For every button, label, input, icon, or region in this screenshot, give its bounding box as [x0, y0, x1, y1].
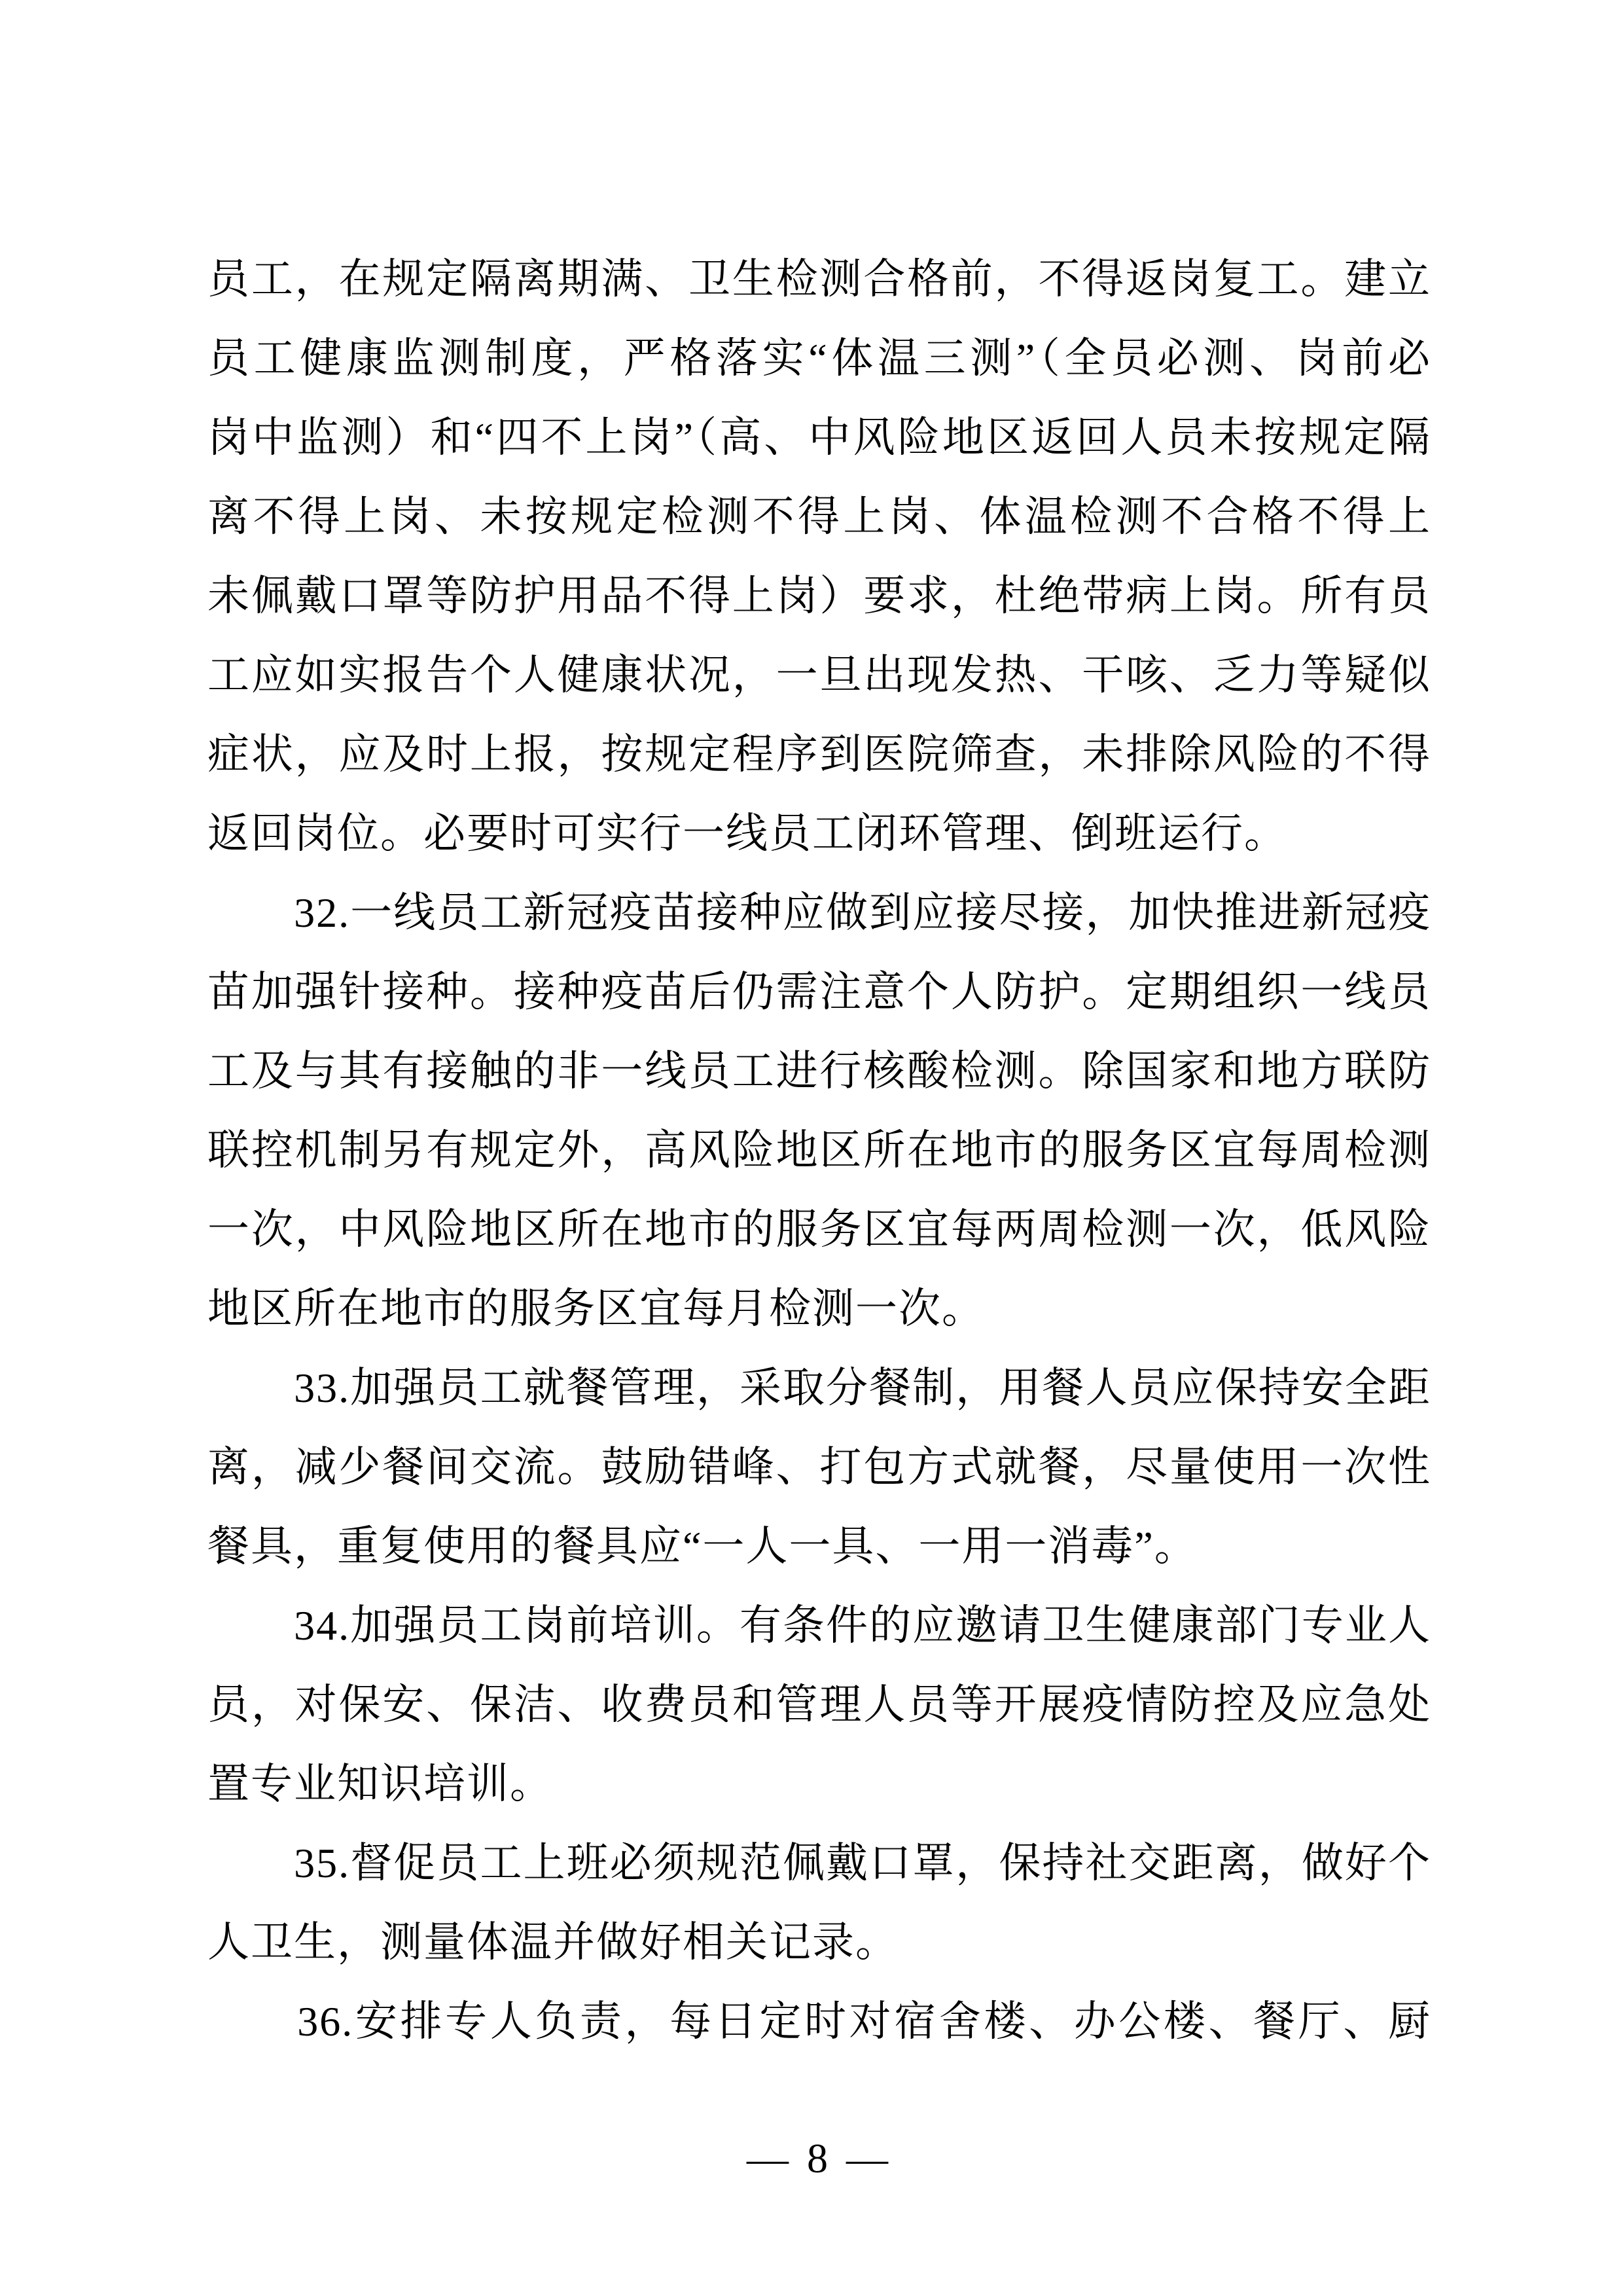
text-line: 35.督促员工上班必须规范佩戴口罩，保持社交距离，做好个	[207, 1823, 1431, 1903]
text-line: 症状，应及时上报，按规定程序到医院筛查，未排除风险的不得	[207, 715, 1431, 794]
text-line: 34.加强员工岗前培训。有条件的应邀请卫生健康部门专业人	[207, 1586, 1431, 1665]
text-line: 33.加强员工就餐管理，采取分餐制，用餐人员应保持安全距	[207, 1348, 1431, 1427]
text-line: 未佩戴口罩等防护用品不得上岗）要求，杜绝带病上岗。所有员	[207, 556, 1431, 636]
text-line: 员工，在规定隔离期满、卫生检测合格前，不得返岗复工。建立	[207, 240, 1431, 319]
text-line: 一次，中风险地区所在地市的服务区宜每两周检测一次，低风险	[207, 1190, 1431, 1269]
text-line-paragraph-end: 置专业知识培训。	[207, 1744, 1431, 1823]
text-line: 苗加强针接种。接种疫苗后仍需注意个人防护。定期组织一线员	[207, 952, 1431, 1031]
text-line: 32.一线员工新冠疫苗接种应做到应接尽接，加快推进新冠疫	[207, 873, 1431, 952]
page-number: — 8 —	[207, 2132, 1431, 2185]
text-line-paragraph-end: 餐具，重复使用的餐具应“一人一具、一用一消毒”。	[207, 1507, 1431, 1586]
text-line: 36.安排专人负责，每日定时对宿舍楼、办公楼、餐厅、厨房、	[207, 1982, 1431, 2061]
text-line: 离，减少餐间交流。鼓励错峰、打包方式就餐，尽量使用一次性	[207, 1427, 1431, 1507]
text-line-paragraph-end: 人卫生，测量体温并做好相关记录。	[207, 1903, 1431, 1982]
text-line: 工及与其有接触的非一线员工进行核酸检测。除国家和地方联防	[207, 1031, 1431, 1111]
document-page: 员工，在规定隔离期满、卫生检测合格前，不得返岗复工。建立 员工健康监测制度，严格…	[0, 0, 1623, 2296]
text-line-paragraph-end: 地区所在地市的服务区宜每月检测一次。	[207, 1269, 1431, 1348]
body-text: 员工，在规定隔离期满、卫生检测合格前，不得返岗复工。建立 员工健康监测制度，严格…	[207, 240, 1431, 2061]
text-line-paragraph-end: 返回岗位。必要时可实行一线员工闭环管理、倒班运行。	[207, 794, 1431, 873]
text-line: 员工健康监测制度，严格落实“体温三测”（全员必测、岗前必测、	[207, 319, 1431, 398]
text-line: 离不得上岗、未按规定检测不得上岗、体温检测不合格不得上岗、	[207, 477, 1431, 556]
text-line: 联控机制另有规定外，高风险地区所在地市的服务区宜每周检测	[207, 1111, 1431, 1190]
text-line: 岗中监测）和“四不上岗”（高、中风险地区返回人员未按规定隔	[207, 398, 1431, 477]
text-line: 工应如实报告个人健康状况，一旦出现发热、干咳、乏力等疑似	[207, 636, 1431, 715]
text-line: 员，对保安、保洁、收费员和管理人员等开展疫情防控及应急处	[207, 1665, 1431, 1744]
